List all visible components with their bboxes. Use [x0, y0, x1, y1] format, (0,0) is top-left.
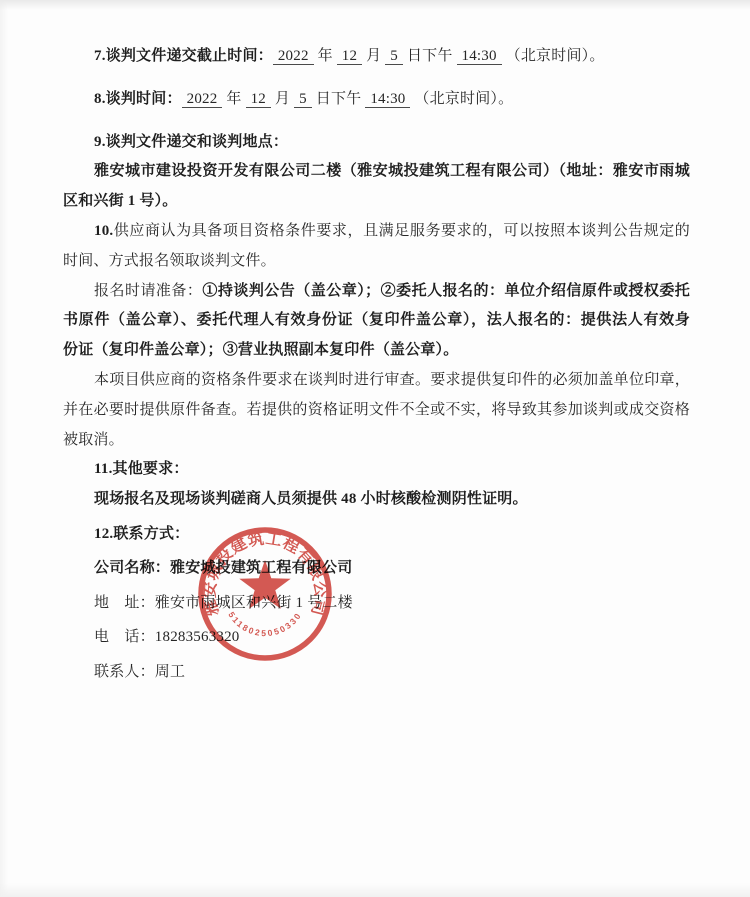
negotiation-time-line-segment: 月 [271, 91, 294, 107]
signup-line-2: 书原件（盖公章）、委托代理人有效身份证（复印件盖公章），法人报名的：提供法人有效… [63, 306, 690, 336]
signup-line-1-segment: ①持谈判公告（盖公章）；②委托人报名的：单位介绍信原件或授权委托 [202, 283, 690, 299]
deadline-line-segment: 2022 [273, 48, 314, 65]
phone-line: 电 话：18283563320 [63, 620, 690, 654]
covid-requirement-line-segment: 现场报名及现场谈判磋商人员须提供 48 小时核酸检测阴性证明。 [94, 491, 528, 507]
other-requirements-heading-segment: 11.其他要求： [94, 461, 189, 477]
document-body: 7.谈判文件递交截止时间：2022 年 12 月 5 日下午 14:30 （北京… [63, 0, 690, 689]
negotiation-time-line-segment: 8.谈判时间： [94, 91, 182, 107]
location-line-2-segment: 区和兴街 1 号）。 [63, 193, 178, 209]
review-line-1: 本项目供应商的资格条件要求在谈判时进行审查。要求提供复印件的必须加盖单位印章， [63, 366, 690, 396]
deadline-line-segment: （北京时间）。 [502, 48, 605, 64]
negotiation-time-line-segment: 2022 [182, 91, 223, 108]
supplier-line-1-segment: 10. [94, 223, 113, 239]
contact-heading: 12.联系方式： [63, 517, 690, 551]
signup-line-3-segment: 份证（复印件盖公章）；③营业执照副本复印件（盖公章）。 [63, 342, 458, 358]
contact-person-line: 联系人：周工 [63, 655, 690, 689]
phone-line-segment: 电 话：18283563320 [94, 629, 240, 645]
review-line-2-segment: 并在必要时提供原件备查。若提供的资格证明文件不全或不实，将导致其参加谈判或成交资… [63, 402, 690, 418]
location-heading: 9.谈判文件递交和谈判地点： [63, 128, 690, 158]
supplier-line-2-segment: 时间、方式报名领取谈判文件。 [63, 253, 276, 269]
negotiation-time-line-segment: 12 [246, 91, 271, 108]
signup-line-1: 报名时请准备：①持谈判公告（盖公章）；②委托人报名的：单位介绍信原件或授权委托 [63, 277, 690, 307]
deadline-line-segment: 月 [362, 48, 385, 64]
contact-heading-segment: 12.联系方式： [94, 526, 189, 542]
signup-line-1-segment: 报名时请准备： [94, 283, 202, 299]
review-line-2: 并在必要时提供原件备查。若提供的资格证明文件不全或不实，将导致其参加谈判或成交资… [63, 396, 690, 426]
deadline-line-segment: 7.谈判文件递交截止时间： [94, 48, 273, 64]
covid-requirement-line: 现场报名及现场谈判磋商人员须提供 48 小时核酸检测阴性证明。 [63, 485, 690, 515]
negotiation-time-line-segment: 年 [222, 91, 245, 107]
deadline-line-segment: 日下午 [403, 48, 457, 64]
other-requirements-heading: 11.其他要求： [63, 455, 690, 485]
company-name-line-segment: 公司名称： [94, 560, 170, 576]
signup-line-3: 份证（复印件盖公章）；③营业执照副本复印件（盖公章）。 [63, 336, 690, 366]
negotiation-time-line-segment: 5 [294, 91, 312, 108]
address-line: 地 址：雅安市雨城区和兴街 1 号二楼 [63, 586, 690, 620]
contact-person-line-segment: 联系人：周工 [94, 664, 185, 680]
deadline-line-segment: 14:30 [457, 48, 502, 65]
address-line-segment: 地 址：雅安市雨城区和兴街 1 号二楼 [94, 595, 353, 611]
review-line-3: 被取消。 [63, 426, 690, 456]
review-line-1-segment: 本项目供应商的资格条件要求在谈判时进行审查。要求提供复印件的必须加盖单位印章， [94, 372, 690, 388]
company-name-line-segment: 雅安城投建筑工程有限公司 [170, 560, 352, 576]
location-line-2: 区和兴街 1 号）。 [63, 187, 690, 217]
deadline-line-segment: 年 [314, 48, 337, 64]
deadline-line-segment: 5 [385, 48, 403, 65]
location-line-1: 雅安城市建设投资开发有限公司二楼（雅安城投建筑工程有限公司）（地址：雅安市雨城 [63, 157, 690, 187]
negotiation-time-line: 8.谈判时间：2022 年 12 月 5 日下午 14:30 （北京时间）。 [63, 85, 690, 115]
review-line-3-segment: 被取消。 [63, 432, 124, 448]
negotiation-time-line-segment: （北京时间）。 [410, 91, 513, 107]
supplier-line-1: 10.供应商认为具备项目资格条件要求，且满足服务要求的，可以按照本谈判公告规定的 [63, 217, 690, 247]
location-heading-segment: 9.谈判文件递交和谈判地点： [94, 134, 288, 150]
negotiation-time-line-segment: 14:30 [365, 91, 410, 108]
supplier-line-1-segment: 供应商认为具备项目资格条件要求，且满足服务要求的，可以按照本谈判公告规定的 [113, 223, 690, 239]
deadline-line-segment: 12 [337, 48, 362, 65]
company-name-line: 公司名称：雅安城投建筑工程有限公司 [63, 551, 690, 585]
scanned-document-page: 7.谈判文件递交截止时间：2022 年 12 月 5 日下午 14:30 （北京… [0, 0, 750, 897]
supplier-line-2: 时间、方式报名领取谈判文件。 [63, 247, 690, 277]
negotiation-time-line-segment: 日下午 [312, 91, 366, 107]
location-line-1-segment: 雅安城市建设投资开发有限公司二楼（雅安城投建筑工程有限公司）（地址：雅安市雨城 [94, 163, 690, 179]
deadline-line: 7.谈判文件递交截止时间：2022 年 12 月 5 日下午 14:30 （北京… [63, 42, 690, 72]
signup-line-2-segment: 书原件（盖公章）、委托代理人有效身份证（复印件盖公章），法人报名的：提供法人有效… [63, 312, 690, 328]
